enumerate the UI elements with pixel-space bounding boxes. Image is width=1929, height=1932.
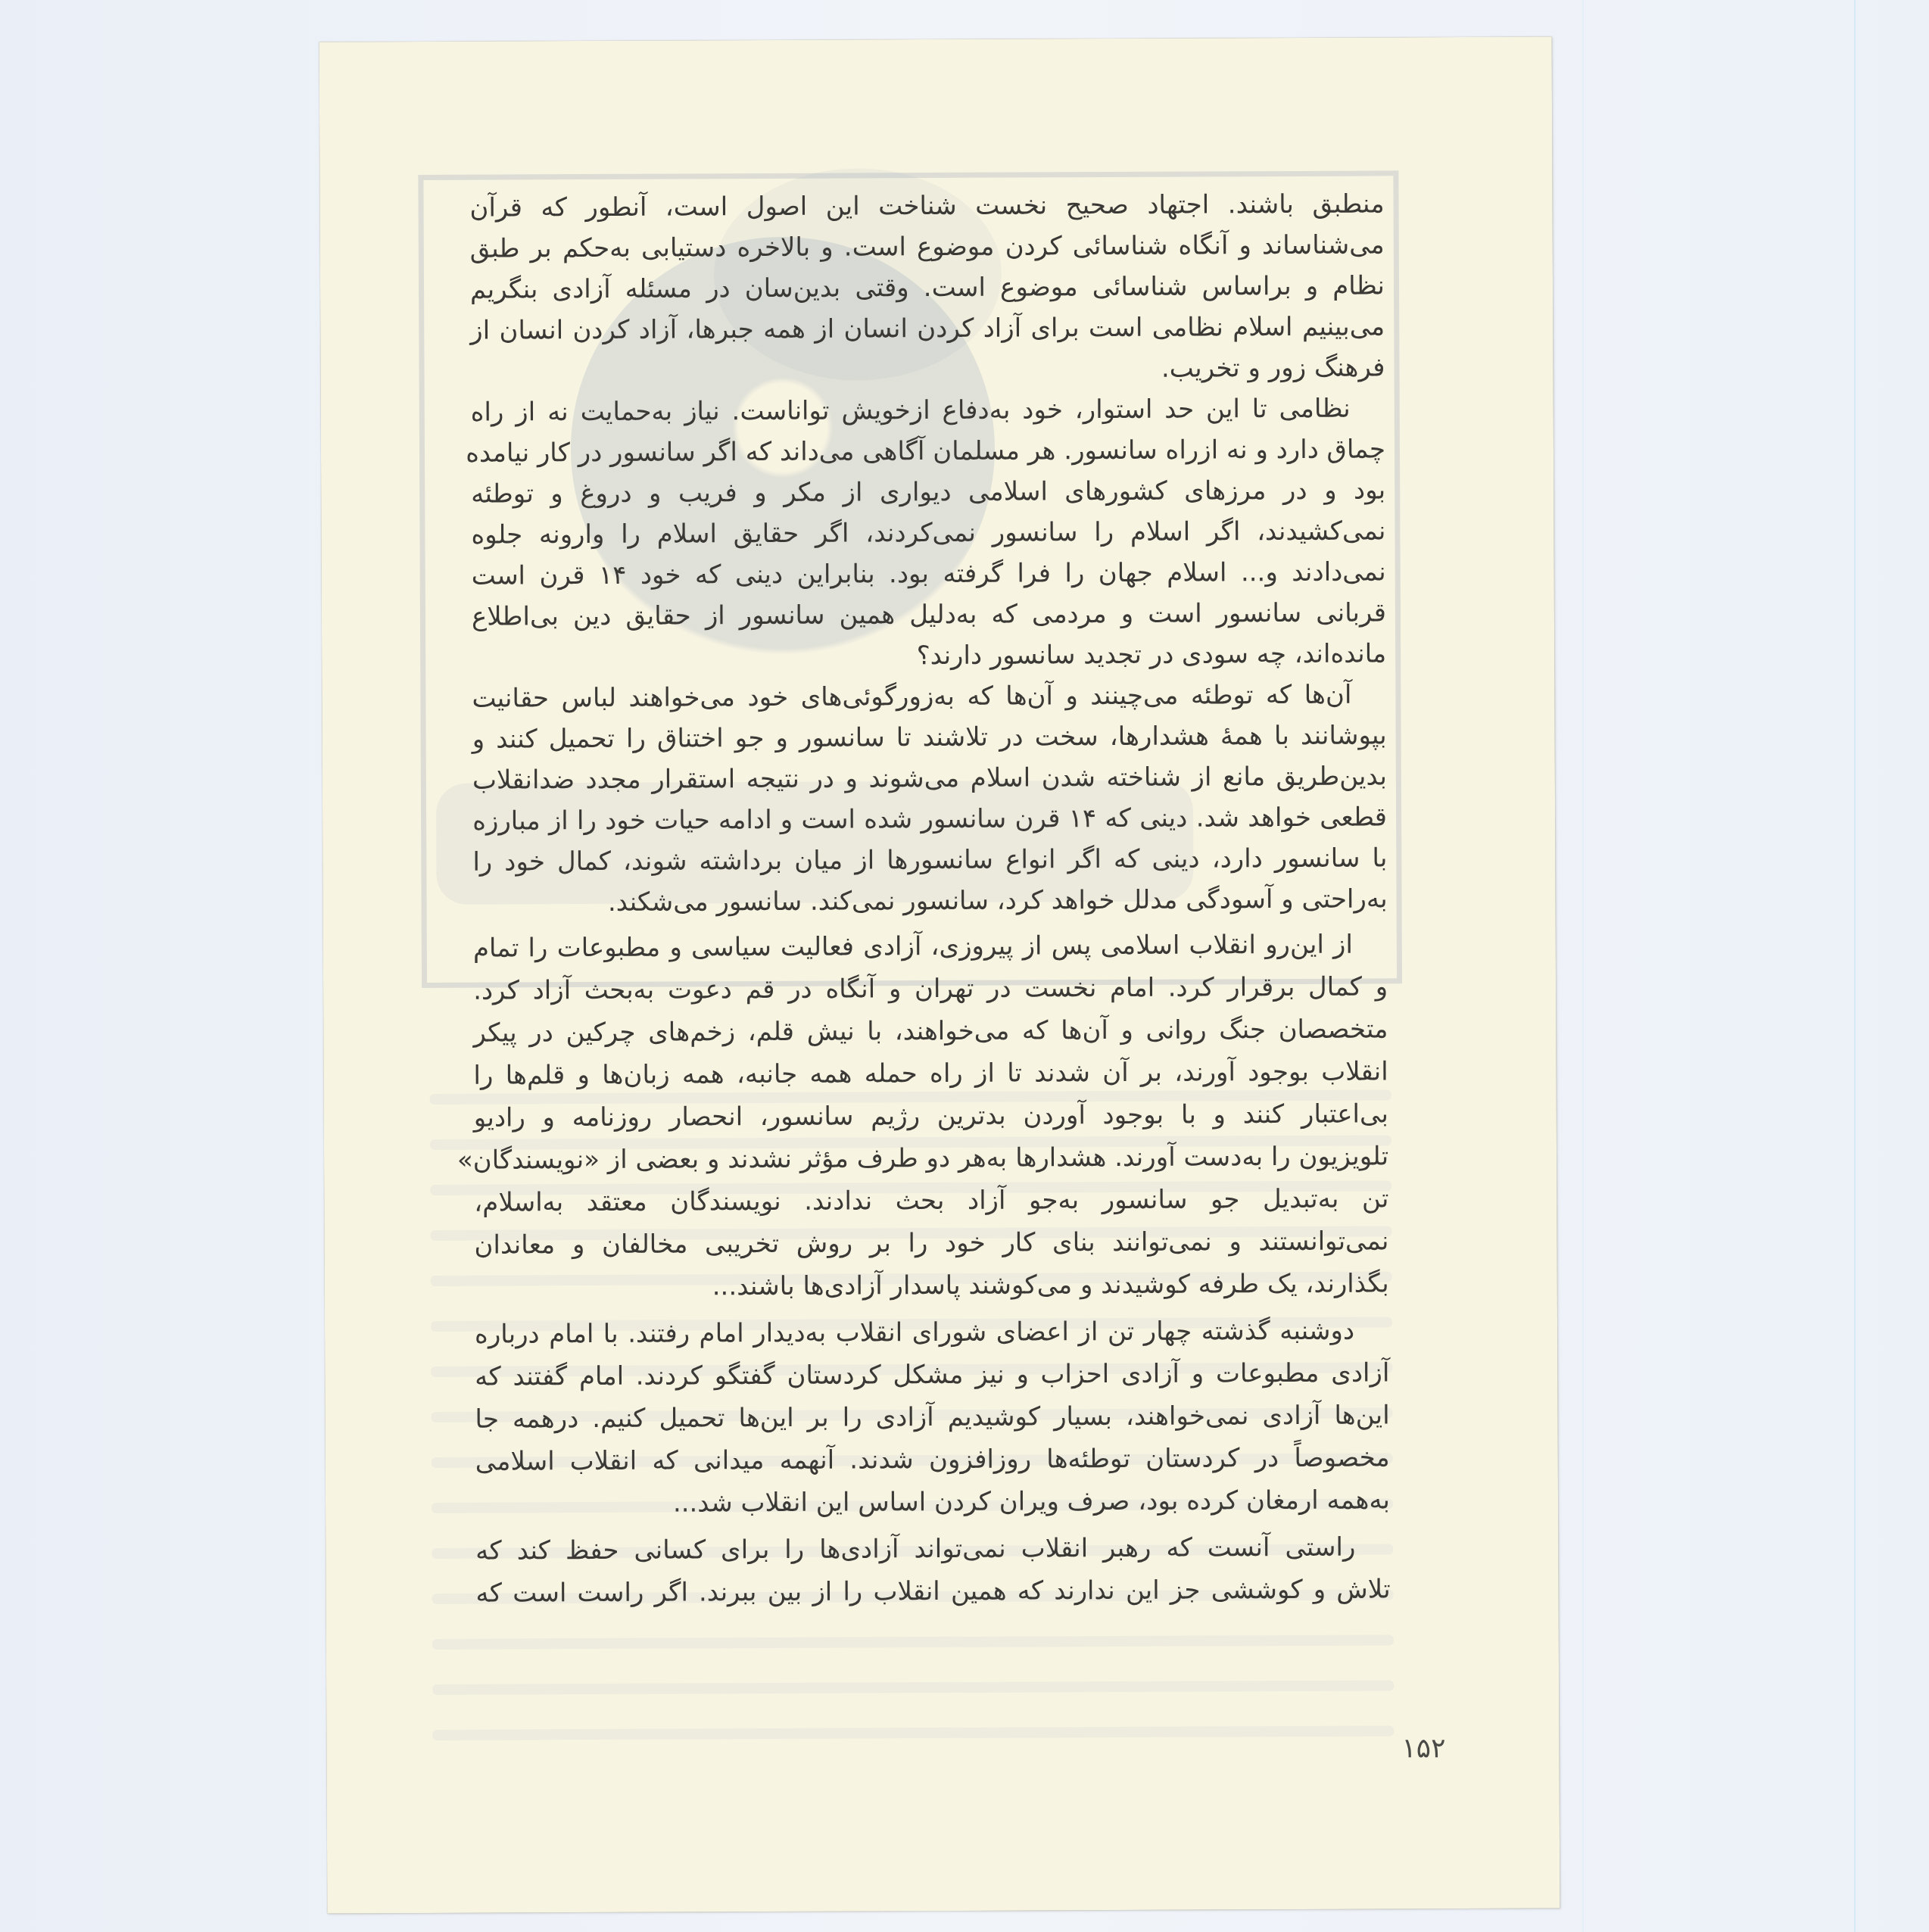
text-line: تلویزیون را به‌دست آورند. هشدارها به‌هر …	[474, 1139, 1388, 1176]
body-text: منطبق باشند. اجتهاد صحیح نخست شناخت این …	[469, 37, 1392, 1912]
text-line: منطبق باشند. اجتهاد صحیح نخست شناخت این …	[469, 187, 1384, 224]
text-line: به‌همه ارمغان کرده بود، صرف ویران کردن ا…	[475, 1483, 1390, 1520]
text-line: می‌بینیم اسلام نظامی است برای آزاد کردن …	[470, 310, 1385, 347]
text-line: بی‌اعتبار کنند و با بوجود آوردن بدترین ر…	[474, 1097, 1388, 1134]
text-line: مانده‌اند، چه سودی در تجدید سانسور دارند…	[472, 637, 1386, 674]
text-line: به‌راحتی و آسودگی مدلل خواهد کرد، سانسور…	[472, 882, 1387, 919]
text-line: با سانسور دارد، دینی که اگر انواع سانسور…	[472, 841, 1387, 878]
paragraph-first-line: آن‌ها که توطئه می‌چینند و آن‌ها که به‌زو…	[472, 678, 1386, 715]
paragraph-first-line: دوشنبه گذشته چهار تن از اعضای شورای انقل…	[475, 1313, 1389, 1351]
text-line: متخصصان جنگ روانی و آن‌ها که می‌خواهند، …	[473, 1012, 1388, 1049]
text-line: انقلاب بوجود آورند، بر آن شدند تا از راه…	[473, 1055, 1388, 1092]
text-line: بپوشانند با همهٔ هشدارها، سخت در تلاشند …	[472, 718, 1387, 756]
text-line: نمی‌دادند و... اسلام جهان را فرا گرفته ب…	[472, 555, 1386, 592]
text-line: تن به‌تبدیل جو سانسور به‌جو آزاد بحث ندا…	[474, 1182, 1388, 1219]
text-line: و کمال برقرار کرد. امام نخست در تهران و …	[473, 970, 1388, 1007]
paragraph-first-line: راستی آنست که رهبر انقلاب نمی‌تواند آزاد…	[475, 1530, 1390, 1567]
text-line: چماق دارد و نه ازراه سانسور. هر مسلمان آ…	[471, 432, 1385, 469]
text-line: بدین‌طریق مانع از شناخته شدن اسلام می‌شو…	[472, 759, 1387, 796]
text-line: می‌شناساند و آنگاه شناسائی کردن موضوع اس…	[470, 228, 1385, 265]
text-line: فرهنگ زور و تخریب.	[470, 351, 1385, 388]
text-line: آزادی مطبوعات و آزادی احزاب و نیز مشکل ک…	[475, 1356, 1389, 1393]
text-line: بود و در مرزهای کشورهای اسلامی دیواری از…	[471, 473, 1385, 510]
text-line: نمی‌کشیدند، اگر اسلام را سانسور نمی‌کردن…	[471, 514, 1385, 551]
text-line: مخصوصاً در کردستان توطئه‌ها روزافزون شدن…	[475, 1441, 1390, 1478]
text-line: تلاش و کوششی جز این ندارند که همین انقلا…	[475, 1572, 1390, 1609]
paragraph-first-line: از این‌رو انقلاب اسلامی پس از پیروزی، آز…	[473, 927, 1388, 964]
text-line: قطعی خواهد شد. دینی که ۱۴ قرن سانسور شده…	[472, 800, 1387, 837]
text-line: قربانی سانسور است و مردمی که به‌دلیل همی…	[472, 596, 1386, 633]
text-line: نمی‌توانستند و نمی‌توانند بنای کار خود ر…	[474, 1224, 1388, 1261]
page-number: ۱۵۲	[1401, 1733, 1445, 1764]
text-line: این‌ها آزادی نمی‌خواهند، بسیار کوشیدیم آ…	[475, 1398, 1389, 1435]
text-line: نظام و براساس شناسائی موضوع است. وقتی بد…	[470, 269, 1385, 306]
paragraph-first-line: نظامی تا این حد استوار، خود به‌دفاع ازخو…	[471, 391, 1385, 428]
scanned-book-page: منطبق باشند. اجتهاد صحیح نخست شناخت این …	[319, 36, 1560, 1913]
scanner-streak	[1582, 0, 1584, 1932]
scanner-streak	[1854, 0, 1856, 1932]
text-line: بگذارند، یک طرفه کوشیدند و می‌کوشند پاسد…	[475, 1267, 1389, 1304]
